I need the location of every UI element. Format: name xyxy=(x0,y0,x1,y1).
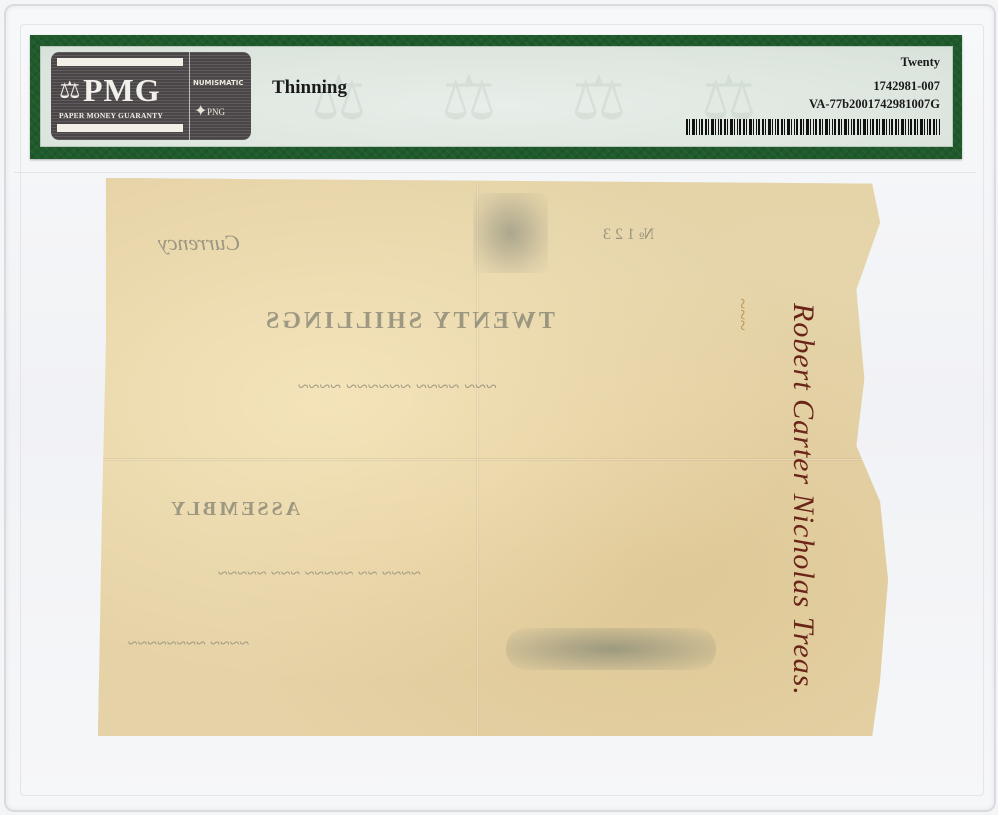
cert-number: 1742981-007 xyxy=(640,79,940,93)
handwritten-endorsement: Robert Carter Nicholas Treas. xyxy=(760,303,820,733)
pmg-logo-text: PMG xyxy=(83,72,161,109)
show-through-script: ~~~ ~~~~ ~~~~~~ ~~~~ xyxy=(298,376,497,399)
scales-icon: ⚖ xyxy=(59,76,81,104)
crest-vignette-icon xyxy=(473,193,548,273)
show-through-currency: Currency xyxy=(158,230,240,256)
label-details: Twenty 1742981-007 VA-77b2001742981007G xyxy=(640,55,940,111)
show-through-signature: ~~~~ ~~~~~~~~ xyxy=(128,633,249,654)
barcode-icon xyxy=(686,119,940,135)
label-face: ⚖ ⚖ ⚖ ⚖ ⚖ PMG PAPER MONEY GUARANTY NUMIS… xyxy=(40,46,953,147)
affiliate-logo: NUMISMATIC ✦ PNG xyxy=(191,52,251,140)
denomination: Twenty xyxy=(640,55,940,69)
affiliate-bottom-text: PNG xyxy=(207,107,225,117)
grade-description: Thinning xyxy=(272,77,347,99)
eagle-icon: ✦ xyxy=(194,101,207,120)
catalog-id: VA-77b2001742981007G xyxy=(640,97,940,111)
bottom-vignette-icon xyxy=(506,628,716,670)
show-through-script: ~~~~ ~~ ~~~~~ ~~~ ~~~~~ xyxy=(218,563,421,584)
show-through-assembly: ASSEMBLY xyxy=(168,498,300,521)
pmg-logo: ⚖ PMG PAPER MONEY GUARANTY NUMISMATIC ✦ … xyxy=(51,52,251,140)
scales-watermark-icon: ⚖ xyxy=(571,61,627,134)
faded-signature: ~~~ xyxy=(713,298,753,378)
show-through-shillings: TWENTY SHILLINGS xyxy=(263,308,555,335)
grading-label: ⚖ ⚖ ⚖ ⚖ ⚖ PMG PAPER MONEY GUARANTY NUMIS… xyxy=(30,35,962,159)
holder-divider xyxy=(14,172,976,173)
banknote: Currency TWENTY SHILLINGS ASSEMBLY ~~~ ~… xyxy=(98,178,888,736)
show-through-serial: № 1 2 3 xyxy=(603,226,654,244)
pmg-logo-main: ⚖ PMG PAPER MONEY GUARANTY xyxy=(51,52,190,140)
scales-watermark-icon: ⚖ xyxy=(441,61,497,134)
pmg-tagline: PAPER MONEY GUARANTY xyxy=(59,111,163,120)
affiliate-top-text: NUMISMATIC xyxy=(193,79,244,87)
